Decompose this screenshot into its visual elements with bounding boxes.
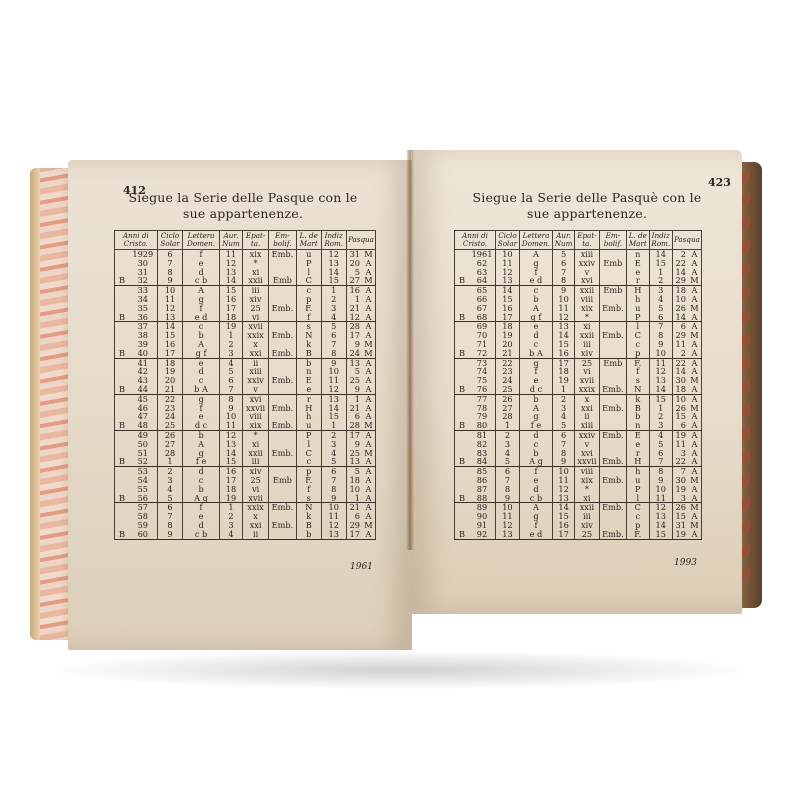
cell-dom [455, 331, 470, 340]
table-header-row: Anni di Cristo.Ciclo SolarLettera Domen.… [455, 231, 702, 250]
table-row: 7726b2xk1510A [455, 394, 702, 403]
cell-year: 92 [469, 530, 496, 539]
cell-embol: Emb. [268, 421, 296, 430]
cell-year: 60 [129, 530, 157, 539]
table-row: 3512f1725Emb.F.321A [115, 304, 376, 313]
cell-dom [455, 394, 470, 403]
cell-embol: Emb. [268, 349, 296, 358]
left-easter-table: Anni di Cristo.Ciclo SolarLettera Domen.… [114, 230, 376, 540]
cell-dom [455, 503, 470, 512]
cell-lettera: e d [519, 530, 552, 539]
cell-lmart: F. [627, 530, 650, 539]
table-row: B609c b4iib1317A [115, 530, 376, 539]
left-running-title: Siegue la Serie delle Pasque con le sue … [108, 190, 378, 222]
cell-lmart: b [297, 530, 322, 539]
cell-dom: B [455, 421, 470, 430]
cell-pasqua-month: A [362, 530, 376, 539]
cell-embol: Emb. [268, 331, 296, 340]
table-row: B9213e d1725Emb.F.1519A [455, 530, 702, 539]
column-header: Ciclo Solar [496, 231, 520, 250]
table-row: 4724e10viiih156A [115, 412, 376, 421]
cell-dom [455, 358, 470, 367]
cell-indiz: 13 [321, 530, 346, 539]
cell-aur: 16 [553, 349, 575, 358]
column-header: Aur. Num [219, 231, 243, 250]
cell-dom [455, 322, 470, 331]
cell-embol [268, 485, 296, 494]
cell-ciclo: 13 [496, 530, 520, 539]
cell-embol [268, 457, 296, 466]
table-row: B329c b14xxiiEmbC1527M [115, 276, 376, 285]
cell-embol [268, 286, 296, 295]
cell-dom [455, 404, 470, 413]
table-row: 6514c9xxiiEmbH318A [455, 286, 702, 295]
column-header: Pasqua [346, 231, 375, 250]
cell-dom: B [115, 349, 130, 358]
cell-dom: B [115, 385, 130, 394]
cell-dom: B [455, 494, 470, 503]
cell-lettera: d c [519, 385, 552, 394]
cell-indiz: 10 [649, 349, 672, 358]
cell-aur: 1 [553, 385, 575, 394]
cell-dom [455, 367, 470, 376]
table-row: 4926b12*P217A [115, 430, 376, 439]
column-header: Anni di Cristo. [115, 231, 158, 250]
cell-dom [455, 476, 470, 485]
cell-embol: Emb. [599, 331, 626, 340]
table-row: 3411g16xivp21A [115, 295, 376, 304]
cell-embol: Emb [268, 476, 296, 485]
cell-pasqua-month: A [362, 385, 376, 394]
cell-embol [599, 440, 626, 449]
cell-aur: 3 [219, 349, 243, 358]
cell-dom [115, 404, 130, 413]
cell-dom [115, 503, 130, 512]
cell-embol [268, 430, 296, 439]
cell-lettera: c b [183, 530, 219, 539]
cell-epatta: 25 [575, 530, 600, 539]
cell-dom: B [455, 276, 470, 285]
cell-embol [599, 367, 626, 376]
column-header: Aur. Num [553, 231, 575, 250]
cell-pasqua-month: A [688, 385, 702, 394]
cell-embol: Emb. [599, 530, 626, 539]
cell-dom [455, 250, 470, 259]
cell-year: 40 [129, 349, 157, 358]
table-row: 6312f7ve114A [455, 268, 702, 277]
table-row: 7019d14xxiiEmb.C829M [455, 331, 702, 340]
cell-dom: B [455, 349, 470, 358]
cell-pasqua-day: 24 [346, 349, 362, 358]
column-header: Indiz Rom. [321, 231, 346, 250]
cell-dom [115, 440, 130, 449]
table-row: B521f e15iiic513A [115, 457, 376, 466]
table-row: 3815b1xxixEmb.N617A [115, 331, 376, 340]
cell-dom [115, 295, 130, 304]
cell-dom [115, 467, 130, 476]
cell-dom [115, 512, 130, 521]
left-title-line-1: Siegue la Serie delle Pasque con le [108, 190, 378, 206]
cell-lettera: g f [183, 349, 219, 358]
table-row: B801f e5xiiin36A [455, 421, 702, 430]
cell-dom [115, 322, 130, 331]
cell-aur: 4 [219, 530, 243, 539]
cell-pasqua-month: A [688, 530, 702, 539]
cell-pasqua-day: 19 [672, 530, 688, 539]
left-page: 412 Siegue la Serie delle Pasque con le … [68, 160, 412, 650]
table-row: 812d6xxivEmb.E419A [455, 430, 702, 439]
cell-dom: B [455, 530, 470, 539]
cell-pasqua-day: 9 [346, 385, 362, 394]
cell-embol [268, 313, 296, 322]
cell-ciclo: 9 [157, 530, 183, 539]
cell-epatta: xxi [243, 349, 268, 358]
right-page-number: 423 [708, 176, 731, 189]
cell-dom [115, 394, 130, 403]
cell-dom: B [115, 313, 130, 322]
cell-epatta: ii [243, 530, 268, 539]
cell-embol [599, 340, 626, 349]
cell-ciclo: 21 [157, 385, 183, 394]
cell-dom: B [455, 385, 470, 394]
cell-pasqua-day: 18 [672, 385, 688, 394]
cell-year: 72 [469, 349, 496, 358]
cell-embol [599, 349, 626, 358]
table-row: B6817g f12*P614A [455, 313, 702, 322]
cell-ciclo: 17 [157, 349, 183, 358]
cell-ciclo: 21 [496, 349, 520, 358]
cell-embol: Emb [599, 286, 626, 295]
cell-indiz: 14 [649, 385, 672, 394]
cell-dom [115, 250, 130, 259]
cell-dom [115, 358, 130, 367]
cell-indiz: 15 [649, 530, 672, 539]
cell-dom [455, 440, 470, 449]
cell-dom [455, 467, 470, 476]
right-title-line-1: Siegue la Serie delle Pasquè con le [452, 190, 722, 206]
table-header-row: Anni di Cristo.Ciclo SolarLettera Domen.… [115, 231, 376, 250]
cell-lmart: N [627, 385, 650, 394]
cell-aur: 7 [219, 385, 243, 394]
column-header: Lettera Domen. [183, 231, 219, 250]
cell-embol: Emb [599, 259, 626, 268]
cell-embol: Emb. [268, 449, 296, 458]
cell-lmart: e [297, 385, 322, 394]
book-gutter [406, 150, 414, 550]
cell-dom: B [115, 276, 130, 285]
cell-ciclo: 25 [496, 385, 520, 394]
cell-dom [455, 512, 470, 521]
table-row: 6918e13xil76A [455, 322, 702, 331]
cell-dom: B [455, 457, 470, 466]
cell-embol [599, 485, 626, 494]
cell-embol: Emb. [599, 385, 626, 394]
cell-embol: Emb. [268, 404, 296, 413]
open-book: 412 Siegue la Serie delle Pasque con le … [0, 0, 800, 800]
cell-aur: 17 [553, 530, 575, 539]
table-row: B4017g f3xxiEmb.B824M [115, 349, 376, 358]
cell-dom: B [455, 313, 470, 322]
cell-embol: Emb. [268, 521, 296, 530]
cell-dom: B [115, 530, 130, 539]
cell-embol: Emb [599, 358, 626, 367]
table-row: B6413e d8xvir229M [455, 276, 702, 285]
table-row: 532d16xivp65A [115, 467, 376, 476]
cell-dom [115, 286, 130, 295]
table-row: 6716A11xixEmb.u526M [455, 304, 702, 313]
right-easter-table: Anni di Cristo.Ciclo SolarLettera Domen.… [454, 230, 702, 540]
table-row: 5128g14xxiiEmb.C425M [115, 449, 376, 458]
right-running-title: Siegue la Serie delle Pasquè con le sue … [452, 190, 722, 222]
cell-embol [599, 512, 626, 521]
cell-dom [115, 430, 130, 439]
cell-embol [268, 259, 296, 268]
table-row: 554b18vif810A [115, 485, 376, 494]
cell-year: 44 [129, 385, 157, 394]
cell-embol: Emb. [599, 304, 626, 313]
cell-pasqua-day: 2 [672, 349, 688, 358]
cell-embol [599, 313, 626, 322]
cell-embol: Emb. [599, 457, 626, 466]
cell-embol: Emb. [599, 404, 626, 413]
cell-dom: B [115, 457, 130, 466]
table-row: 6211g6xxivEmbE1522A [455, 259, 702, 268]
column-header: Epat-ta. [243, 231, 268, 250]
table-row: 7928g4iib215A [455, 412, 702, 421]
cell-embol [599, 412, 626, 421]
cell-embol: Emb. [268, 376, 296, 385]
table-row: B845A g9xxviiEmb.H722A [455, 457, 702, 466]
cell-embol: Emb. [268, 503, 296, 512]
cell-epatta: v [243, 385, 268, 394]
cell-embol [268, 385, 296, 394]
right-page: 423 Siegue la Serie delle Pasquè con le … [412, 150, 742, 614]
cell-indiz: 8 [321, 349, 346, 358]
table-row: 7827A3xxiEmb.B126M [455, 404, 702, 413]
cell-embol [268, 530, 296, 539]
table-row: B7625d c1xxixEmb.N1418A [455, 385, 702, 394]
column-header: Pasqua [672, 231, 701, 250]
cell-embol: Emb [268, 276, 296, 285]
table-row: B4825d c11xixEmb.u128M [115, 421, 376, 430]
cell-epatta: xiv [575, 349, 600, 358]
left-page-block-edge [30, 168, 72, 640]
right-title-line-2: sue appartenenze. [452, 206, 722, 222]
table-row: B7221b A16xivp102A [455, 349, 702, 358]
cell-embol: Emb. [268, 250, 296, 259]
cell-embol: Emb. [268, 304, 296, 313]
left-footer-year: 1961 [350, 562, 373, 572]
cell-dom [115, 331, 130, 340]
cell-dom [115, 367, 130, 376]
cell-embol: Emb. [599, 503, 626, 512]
cell-lettera: b A [519, 349, 552, 358]
table-row: 856f10viiih87A [455, 467, 702, 476]
cell-lmart: p [627, 349, 650, 358]
table-row: 6615b10viiih410A [455, 295, 702, 304]
column-header: L. de Mart [297, 231, 322, 250]
cell-dom [455, 286, 470, 295]
column-header: Epat-ta. [575, 231, 600, 250]
cell-dom: B [115, 421, 130, 430]
cell-epatta: xxix [575, 385, 600, 394]
column-header: Anni di Cristo. [455, 231, 496, 250]
cell-lmart: B [297, 349, 322, 358]
cell-embol [268, 358, 296, 367]
table-row: 3310A15iiic116A [115, 286, 376, 295]
left-title-line-2: sue appartenenze. [108, 206, 378, 222]
cell-dom [115, 259, 130, 268]
table-row: 543c1725EmbF.718A [115, 476, 376, 485]
cell-embol: Emb. [599, 476, 626, 485]
cell-lettera: b A [183, 385, 219, 394]
cell-dom [455, 259, 470, 268]
cell-indiz: 12 [321, 385, 346, 394]
table-row: 3916A2xk79M [115, 340, 376, 349]
cell-embol [599, 268, 626, 277]
cell-dom [115, 476, 130, 485]
cell-dom: B [115, 494, 130, 503]
table-row: 5027A13xil39A [115, 440, 376, 449]
cell-dom [455, 430, 470, 439]
column-header: Indiz Rom. [649, 231, 672, 250]
cell-year: 76 [469, 385, 496, 394]
column-header: L. de Mart [627, 231, 650, 250]
cell-dom [455, 295, 470, 304]
column-header: Em-bolif. [599, 231, 626, 250]
cell-pasqua-month: M [362, 349, 376, 358]
column-header: Ciclo Solar [157, 231, 183, 250]
table-row: B4421b A7ve129A [115, 385, 376, 394]
cell-pasqua-day: 17 [346, 530, 362, 539]
cell-pasqua-month: A [688, 349, 702, 358]
table-row: B3613e d18vif412A [115, 313, 376, 322]
right-footer-year: 1993 [674, 558, 697, 568]
cell-embol: Emb. [599, 430, 626, 439]
table-row: 3714c19xviis528A [115, 322, 376, 331]
table-row: 823c7ve511A [455, 440, 702, 449]
column-header: Lettera Domen. [519, 231, 552, 250]
column-header: Em-bolif. [268, 231, 296, 250]
